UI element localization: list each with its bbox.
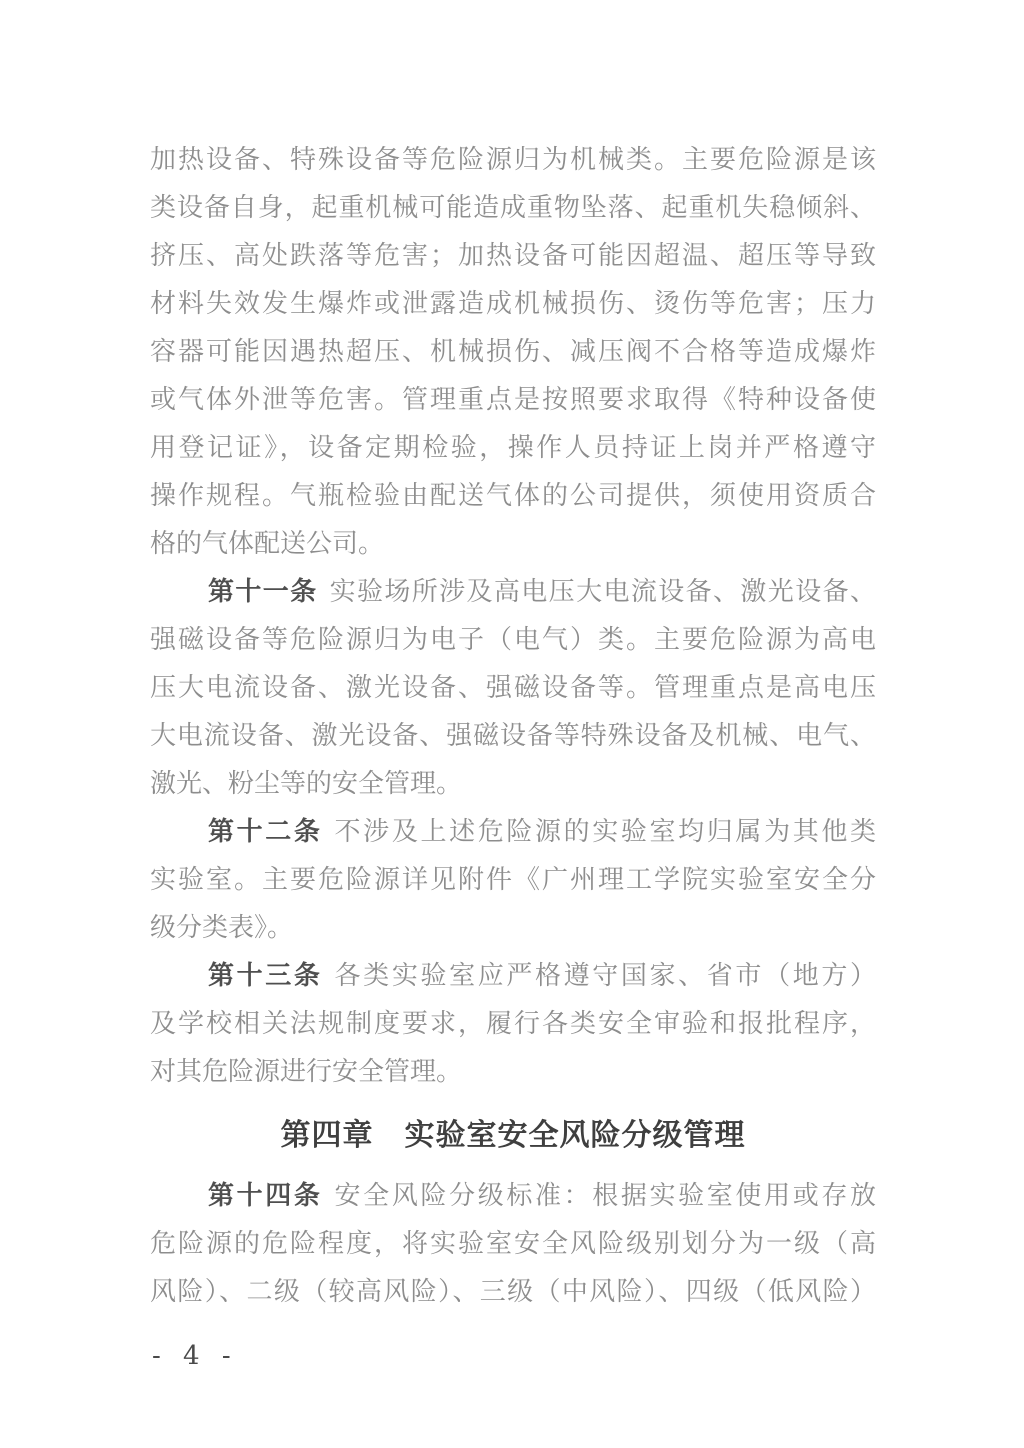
paragraph-line: 加热设备、特殊设备等危险源归为机械类。主要危险源是该: [150, 136, 876, 184]
paragraph-line: 操作规程。气瓶检验由配送气体的公司提供，须使用资质合: [150, 472, 876, 520]
paragraph-line: 压大电流设备、激光设备、强磁设备等。管理重点是高电压: [150, 664, 876, 712]
main-text-block: 加热设备、特殊设备等危险源归为机械类。主要危险源是该 类设备自身，起重机械可能造…: [150, 136, 876, 1096]
line-text: 类设备自身，起重机械可能造成重物坠落、起重机失稳倾斜、: [150, 193, 876, 223]
line-text: 格的气体配送公司。: [150, 529, 384, 559]
article-number-label: 第十二条: [208, 817, 323, 847]
line-text: 实验室。主要危险源详见附件《广州理工学院实验室安全分: [150, 865, 876, 895]
line-text: 安全风险分级标准：根据实验室使用或存放: [335, 1181, 876, 1211]
paragraph-line: 及学校相关法规制度要求，履行各类安全审验和报批程序，: [150, 1000, 876, 1048]
paragraph-line: 级分类表》。: [150, 904, 876, 952]
line-text: 及学校相关法规制度要求，履行各类安全审验和报批程序，: [150, 1009, 876, 1039]
paragraph-line: 挤压、高处跌落等危害；加热设备可能因超温、超压等导致: [150, 232, 876, 280]
paragraph-line: 容器可能因遇热超压、机械损伤、减压阀不合格等造成爆炸: [150, 328, 876, 376]
line-text: 大电流设备、激光设备、强磁设备等特殊设备及机械、电气、: [150, 721, 876, 751]
line-text: 各类实验室应严格遵守国家、省市（地方）: [335, 961, 876, 991]
paragraph-line: 第十一条实验场所涉及高电压大电流设备、激光设备、: [150, 568, 876, 616]
paragraph-line: 材料失效发生爆炸或泄露造成机械损伤、烫伤等危害；压力: [150, 280, 876, 328]
line-text: 实验场所涉及高电压大电流设备、激光设备、: [330, 577, 876, 607]
paragraph-line: 危险源的危险程度，将实验室安全风险级别划分为一级（高: [150, 1220, 876, 1268]
chapter-heading: 第四章 实验室安全风险分级管理: [150, 1100, 876, 1172]
paragraph-line: 对其危险源进行安全管理。: [150, 1048, 876, 1096]
paragraph-line: 第十四条安全风险分级标准：根据实验室使用或存放: [150, 1172, 876, 1220]
line-text: 材料失效发生爆炸或泄露造成机械损伤、烫伤等危害；压力: [150, 289, 876, 319]
line-text: 压大电流设备、激光设备、强磁设备等。管理重点是高电压: [150, 673, 876, 703]
article-number-label: 第十三条: [208, 961, 323, 991]
line-text: 用登记证》，设备定期检验，操作人员持证上岗并严格遵守: [150, 433, 876, 463]
line-text: 操作规程。气瓶检验由配送气体的公司提供，须使用资质合: [150, 481, 876, 511]
line-text: 挤压、高处跌落等危害；加热设备可能因超温、超压等导致: [150, 241, 876, 271]
paragraph-line: 激光、粉尘等的安全管理。: [150, 760, 876, 808]
line-text: 强磁设备等危险源归为电子（电气）类。主要危险源为高电: [150, 625, 876, 655]
line-text: 不涉及上述危险源的实验室均归属为其他类: [335, 817, 876, 847]
line-text: 加热设备、特殊设备等危险源归为机械类。主要危险源是该: [150, 145, 876, 175]
page-number: - 4 -: [152, 1336, 238, 1376]
paragraph-line: 格的气体配送公司。: [150, 520, 876, 568]
paragraph-line: 大电流设备、激光设备、强磁设备等特殊设备及机械、电气、: [150, 712, 876, 760]
paragraph-line: 类设备自身，起重机械可能造成重物坠落、起重机失稳倾斜、: [150, 184, 876, 232]
paragraph-line: 或气体外泄等危害。管理重点是按照要求取得《特种设备使: [150, 376, 876, 424]
paragraph-line: 第十三条各类实验室应严格遵守国家、省市（地方）: [150, 952, 876, 1000]
paragraph-line: 用登记证》，设备定期检验，操作人员持证上岗并严格遵守: [150, 424, 876, 472]
paragraph-line: 风险）、二级（较高风险）、三级（中风险）、四级（低风险）: [150, 1268, 876, 1316]
chapter-text-block: 第十四条安全风险分级标准：根据实验室使用或存放 危险源的危险程度，将实验室安全风…: [150, 1172, 876, 1316]
line-text: 危险源的危险程度，将实验室安全风险级别划分为一级（高: [150, 1229, 876, 1259]
line-text: 对其危险源进行安全管理。: [150, 1057, 462, 1087]
paragraph-line: 强磁设备等危险源归为电子（电气）类。主要危险源为高电: [150, 616, 876, 664]
article-number-label: 第十四条: [208, 1181, 323, 1211]
paragraph-line: 第十二条不涉及上述危险源的实验室均归属为其他类: [150, 808, 876, 856]
paragraph-line: 实验室。主要危险源详见附件《广州理工学院实验室安全分: [150, 856, 876, 904]
line-text: 风险）、二级（较高风险）、三级（中风险）、四级（低风险）: [150, 1277, 876, 1307]
line-text: 容器可能因遇热超压、机械损伤、减压阀不合格等造成爆炸: [150, 337, 876, 367]
document-page: 加热设备、特殊设备等危险源归为机械类。主要危险源是该 类设备自身，起重机械可能造…: [0, 0, 1024, 1448]
line-text: 级分类表》。: [150, 913, 293, 943]
article-number-label: 第十一条: [208, 577, 318, 607]
line-text: 或气体外泄等危害。管理重点是按照要求取得《特种设备使: [150, 385, 876, 415]
line-text: 激光、粉尘等的安全管理。: [150, 769, 462, 799]
